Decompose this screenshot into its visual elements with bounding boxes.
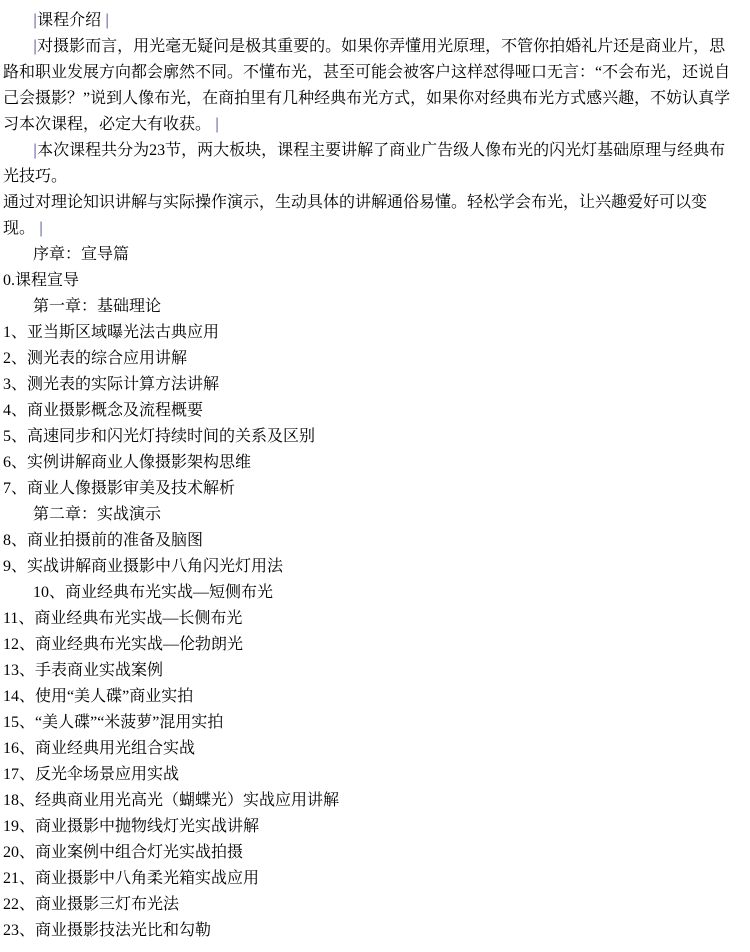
text-line: |本次课程共分为23节，两大板块，课程主要讲解了商业广告级人像布光的闪光灯基础原… bbox=[3, 138, 748, 164]
pipe-marker: | bbox=[33, 142, 37, 159]
text-line: 13、手表商业实战案例 bbox=[3, 658, 748, 684]
text-line: 序章：宣导篇 bbox=[3, 242, 748, 268]
pipe-marker: | bbox=[33, 12, 37, 29]
text-line: 1、亚当斯区域曝光法古典应用 bbox=[3, 320, 748, 346]
text-line: 己会摄影？”说到人像布光，在商拍里有几种经典布光方式，如果你对经典布光方式感兴趣… bbox=[3, 86, 748, 112]
text-line: 第一章：基础理论 bbox=[3, 294, 748, 320]
text-line: 18、经典商业用光高光（蝴蝶光）实战应用讲解 bbox=[3, 788, 748, 814]
text-line: 4、商业摄影概念及流程概要 bbox=[3, 398, 748, 424]
text-line: 14、使用“美人碟”商业实拍 bbox=[3, 684, 748, 710]
text-line: 路和职业发展方向都会廓然不同。不懂布光，甚至可能会被客户这样怼得哑口无言：“不会… bbox=[3, 60, 748, 86]
text-line: 20、商业案例中组合灯光实战拍摄 bbox=[3, 840, 748, 866]
text-line: 光技巧。 bbox=[3, 164, 748, 190]
text-line: |课程介绍 | bbox=[3, 8, 748, 34]
pipe-marker: | bbox=[33, 38, 37, 55]
text-line: 0.课程宣导 bbox=[3, 268, 748, 294]
text-line: 23、商业摄影技法光比和勾勒 bbox=[3, 918, 748, 944]
text-line: 7、商业人像摄影审美及技术解析 bbox=[3, 476, 748, 502]
text-line: 21、商业摄影中八角柔光箱实战应用 bbox=[3, 866, 748, 892]
text-line: 12、商业经典布光实战—伦勃朗光 bbox=[3, 632, 748, 658]
text-line: 16、商业经典用光组合实战 bbox=[3, 736, 748, 762]
text-line: 现。 | bbox=[3, 216, 748, 242]
text-line: 5、高速同步和闪光灯持续时间的关系及区别 bbox=[3, 424, 748, 450]
text-line: 22、商业摄影三灯布光法 bbox=[3, 892, 748, 918]
text-line: 15、“美人碟”“米菠萝”混用实拍 bbox=[3, 710, 748, 736]
text-line: 11、商业经典布光实战—长侧布光 bbox=[3, 606, 748, 632]
text-line: 通过对理论知识讲解与实际操作演示，生动具体的讲解通俗易懂。轻松学会布光，让兴趣爱… bbox=[3, 190, 748, 216]
text-line: |对摄影而言，用光毫无疑问是极其重要的。如果你弄懂用光原理，不管你拍婚礼片还是商… bbox=[3, 34, 748, 60]
text-line: 8、商业拍摄前的准备及脑图 bbox=[3, 528, 748, 554]
text-line: 19、商业摄影中抛物线灯光实战讲解 bbox=[3, 814, 748, 840]
pipe-marker: | bbox=[215, 116, 219, 133]
pipe-marker: | bbox=[39, 220, 43, 237]
text-line: 10、商业经典布光实战—短侧布光 bbox=[3, 580, 748, 606]
text-line: 9、实战讲解商业摄影中八角闪光灯用法 bbox=[3, 554, 748, 580]
text-line: 习本次课程，必定大有收获。 | bbox=[3, 112, 748, 138]
text-line: 第二章：实战演示 bbox=[3, 502, 748, 528]
text-line: 2、测光表的综合应用讲解 bbox=[3, 346, 748, 372]
text-line: 3、测光表的实际计算方法讲解 bbox=[3, 372, 748, 398]
pipe-marker: | bbox=[105, 12, 109, 29]
course-intro-document: |课程介绍 ||对摄影而言，用光毫无疑问是极其重要的。如果你弄懂用光原理，不管你… bbox=[0, 0, 750, 944]
text-line: 17、反光伞场景应用实战 bbox=[3, 762, 748, 788]
text-line: 6、实例讲解商业人像摄影架构思维 bbox=[3, 450, 748, 476]
